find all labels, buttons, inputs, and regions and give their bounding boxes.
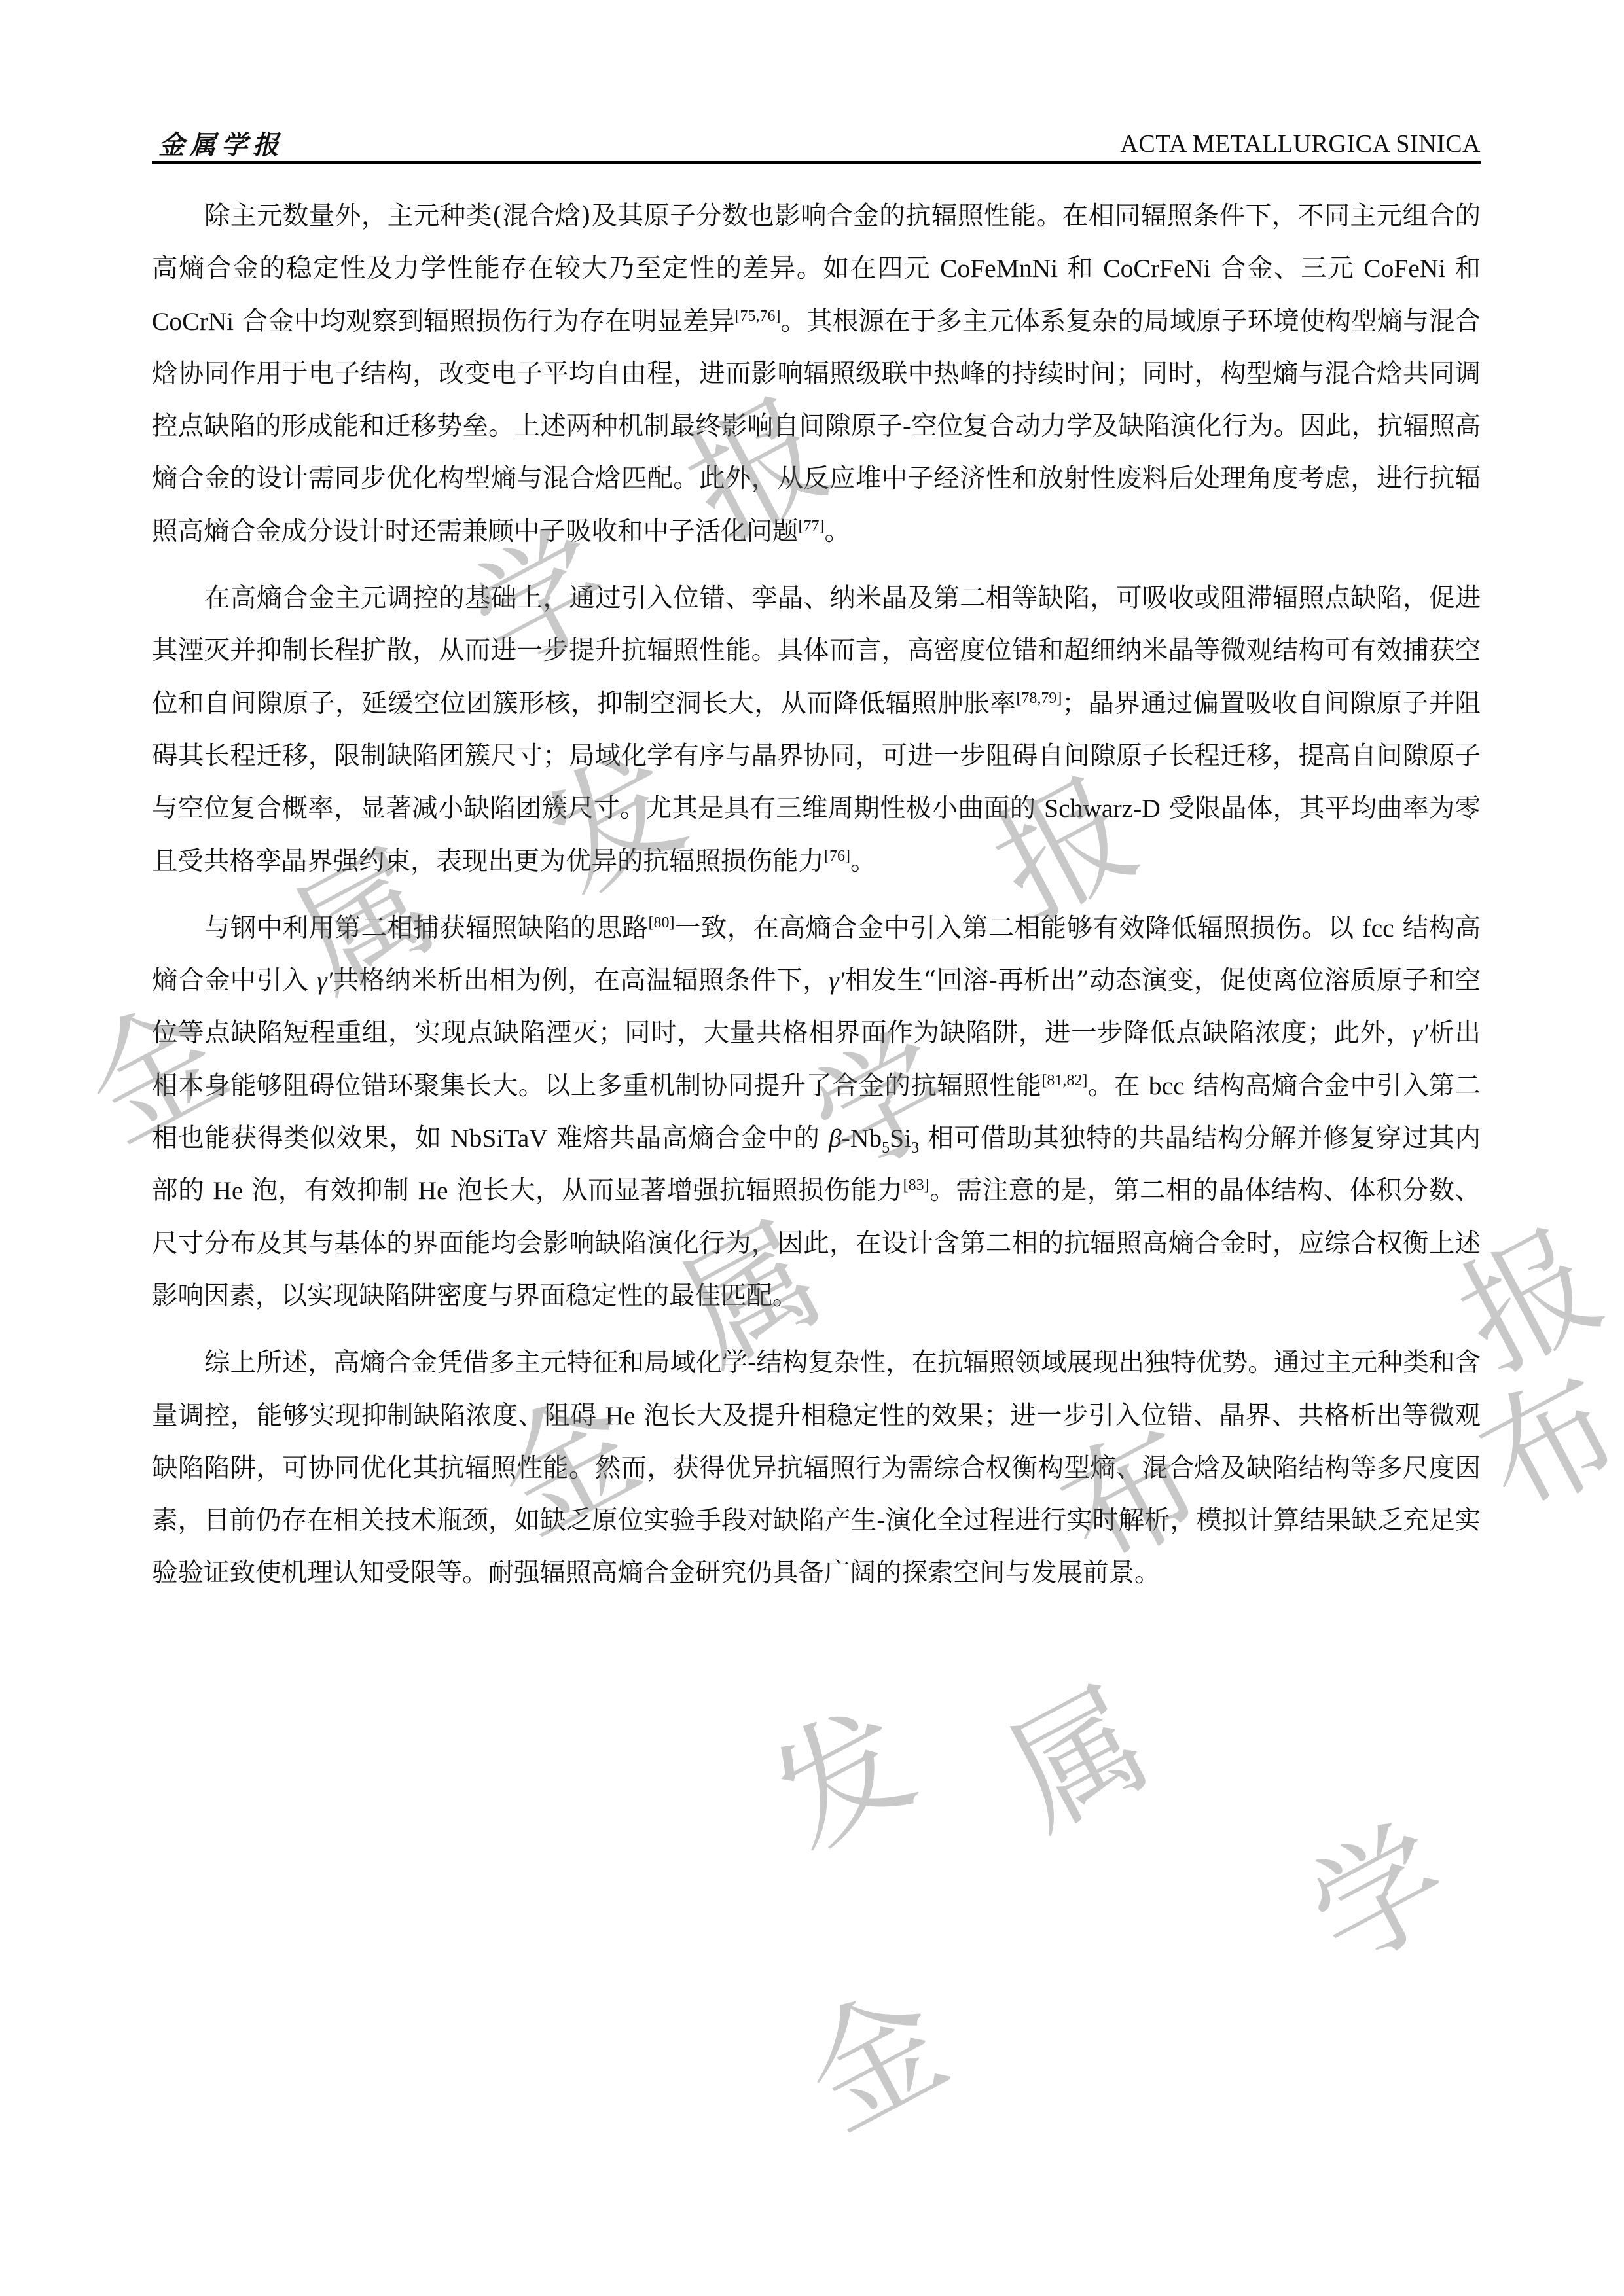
citation-ref: [77] xyxy=(799,518,825,535)
body-paragraph: 在高熵合金主元调控的基础上，通过引入位错、孪晶、纳米晶及第二相等缺陷，可吸收或阻… xyxy=(152,572,1481,888)
latin-term: γ′ xyxy=(1413,1018,1428,1047)
citation-ref: [75,76] xyxy=(734,308,780,325)
latin-term: He xyxy=(213,1176,243,1205)
latin-term: fcc xyxy=(1362,914,1394,942)
subscript: 3 xyxy=(911,1139,919,1157)
latin-term: γ′ xyxy=(829,966,844,995)
latin-term: He xyxy=(605,1401,635,1430)
body-paragraph: 与钢中利用第二相捕获辐照缺陷的思路[80]一致，在高熵合金中引入第二相能够有效降… xyxy=(152,902,1481,1322)
watermark-glyph: 金 xyxy=(768,1937,972,2164)
subscript: 5 xyxy=(882,1139,890,1157)
latin-term: Schwarz-D xyxy=(1044,794,1161,823)
citation-ref: [81,82] xyxy=(1041,1072,1087,1089)
watermark-glyph: 属 xyxy=(971,1636,1175,1863)
latin-term: CoCrNi xyxy=(152,307,234,336)
latin-term: γ′ xyxy=(317,966,333,995)
latin-term: β-Nb xyxy=(829,1124,882,1153)
watermark-glyph: 学 xyxy=(1272,1774,1476,2001)
journal-title-en: ACTA METALLURGICA SINICA xyxy=(1120,130,1481,158)
citation-ref: [83] xyxy=(903,1177,929,1194)
citation-ref: [78,79] xyxy=(1016,690,1062,707)
latin-term: bcc xyxy=(1149,1071,1185,1100)
body-paragraph: 综上所述，高熵合金凭借多主元特征和局域化学-结构复杂性，在抗辐照领域展现出独特优… xyxy=(152,1336,1481,1599)
citation-ref: [76] xyxy=(824,848,850,865)
latin-term: CoFeNi xyxy=(1363,254,1445,283)
latin-term: NbSiTaV xyxy=(450,1124,548,1153)
latin-term: He xyxy=(418,1176,448,1205)
latin-term: Si xyxy=(890,1124,911,1153)
latin-term: CoCrFeNi xyxy=(1103,254,1211,283)
journal-logo-cn: 金属学报 xyxy=(158,124,284,162)
citation-ref: [80] xyxy=(648,914,674,931)
page-header: 金属学报 ACTA METALLURGICA SINICA xyxy=(152,118,1481,164)
article-body: 除主元数量外，主元种类(混合焓)及其原子分数也影响合金的抗辐照性能。在相同辐照条… xyxy=(152,190,1481,1614)
latin-term: CoFeMnNi xyxy=(940,254,1058,283)
body-paragraph: 除主元数量外，主元种类(混合焓)及其原子分数也影响合金的抗辐照性能。在相同辐照条… xyxy=(152,190,1481,558)
header-rule xyxy=(152,161,1481,164)
watermark-glyph: 发 xyxy=(736,1656,939,1883)
